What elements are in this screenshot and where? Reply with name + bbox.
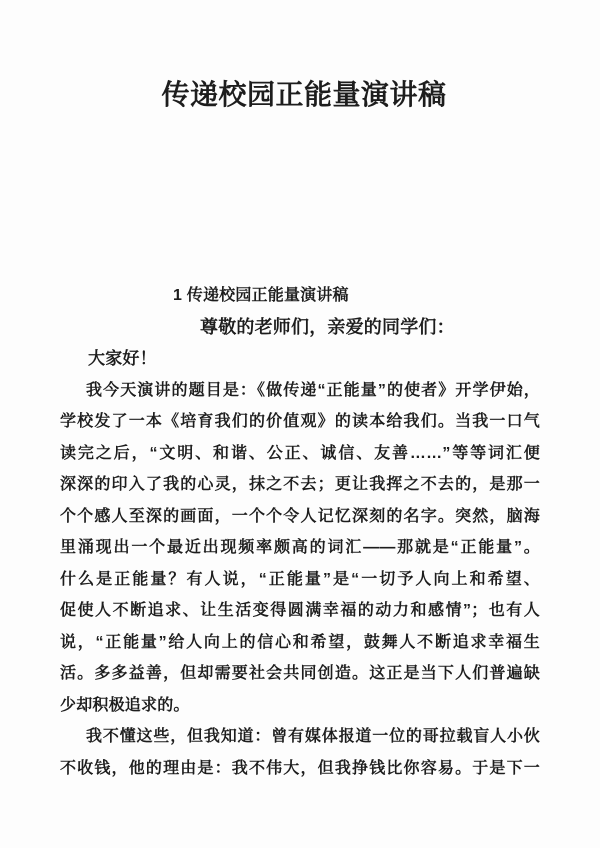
text-line: 读完之后，“文明、和谐、公正、诚信、友善……”等等词汇便 <box>60 438 540 470</box>
text-line: 深深的印入了我的心灵，抹之不去；更让我挥之不去的，是那一 <box>60 469 540 501</box>
text-line: 1 传递校园正能量演讲稿 <box>173 280 540 312</box>
text-line: 什么是正能量？有人说，“正能量”是“一切予人向上和希望、 <box>60 564 540 596</box>
text-line: 我今天演讲的题目是：《做传递“正能量”的使者》开学伊始， <box>60 375 540 407</box>
text-line: 尊敬的老师们，亲爱的同学们： <box>200 312 540 344</box>
text-line: 促使人不断追求、让生活变得圆满幸福的动力和感情”；也有人 <box>60 595 540 627</box>
text-line: 少却积极追求的。 <box>60 690 540 722</box>
text-line: 活。多多益善，但却需要社会共同创造。这正是当下人们普遍缺 <box>60 658 540 690</box>
document-page: 传递校园正能量演讲稿 1 传递校园正能量演讲稿尊敬的老师们，亲爱的同学们：大家好… <box>0 0 600 848</box>
text-line: 学校发了一本《培育我们的价值观》的读本给我们。当我一口气 <box>60 406 540 438</box>
document-title: 传递校园正能量演讲稿 <box>68 78 540 112</box>
text-line: 里涌现出一个最近出现频率颇高的词汇——那就是“正能量”。 <box>60 532 540 564</box>
text-line: 我不懂这些，但我知道：曾有媒体报道一位的哥拉载盲人小伙 <box>60 721 540 753</box>
text-line: 大家好！ <box>60 343 540 375</box>
text-line: 说，“正能量”给人向上的信心和希望，鼓舞人不断追求幸福生 <box>60 627 540 659</box>
text-line: 不收钱，他的理由是：我不伟大，但我挣钱比你容易。于是下一 <box>60 753 540 785</box>
text-line: 个个感人至深的画面，一个个令人记忆深刻的名字。突然，脑海 <box>60 501 540 533</box>
document-body: 1 传递校园正能量演讲稿尊敬的老师们，亲爱的同学们：大家好！我今天演讲的题目是：… <box>60 280 540 784</box>
